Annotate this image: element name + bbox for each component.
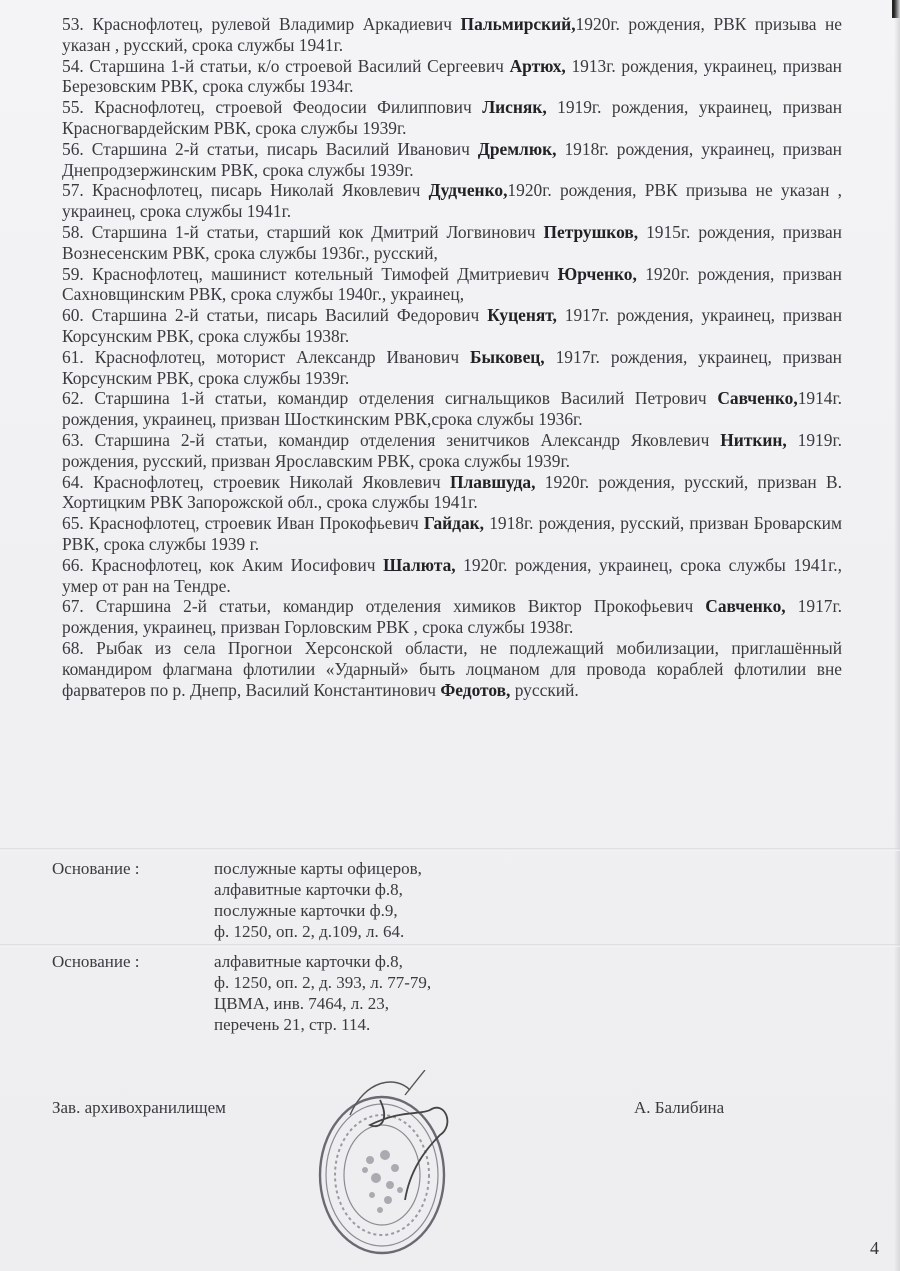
list-item: 64. Краснофлотец, строевик Николай Яковл… bbox=[62, 472, 842, 514]
document-page: 53. Краснофлотец, рулевой Владимир Аркад… bbox=[0, 0, 900, 1271]
list-item: 60. Старшина 2-й статьи, писарь Василий … bbox=[62, 305, 842, 347]
basis-line: ЦВМА, инв. 7464, л. 23, bbox=[214, 993, 614, 1014]
basis-line: ф. 1250, оп. 2, д.109, л. 64. bbox=[214, 921, 614, 942]
basis-sources: послужные карты офицеров, алфавитные кар… bbox=[214, 858, 614, 942]
basis-line: алфавитные карточки ф.8, bbox=[214, 951, 614, 972]
round-official-seal-icon bbox=[310, 1070, 460, 1260]
basis-sources: алфавитные карточки ф.8, ф. 1250, оп. 2,… bbox=[214, 951, 614, 1035]
list-item: 66. Краснофлотец, кок Аким Иосифович Шал… bbox=[62, 555, 842, 597]
list-item: 63. Старшина 2-й статьи, командир отделе… bbox=[62, 430, 842, 472]
list-item: 68. Рыбак из села Прогнои Херсонской обл… bbox=[62, 638, 842, 700]
basis-line: ф. 1250, оп. 2, д. 393, л. 77-79, bbox=[214, 972, 614, 993]
list-item: 65. Краснофлотец, строевик Иван Прокофье… bbox=[62, 513, 842, 555]
list-item: 61. Краснофлотец, моторист Александр Ива… bbox=[62, 347, 842, 389]
list-item: 54. Старшина 1-й статьи, к/о строевой Ва… bbox=[62, 56, 842, 98]
signatory-name: А. Балибина bbox=[634, 1098, 724, 1118]
fold-line bbox=[0, 848, 900, 851]
basis-label: Основание : bbox=[52, 858, 202, 879]
list-item: 58. Старшина 1-й статьи, старший кок Дми… bbox=[62, 222, 842, 264]
list-item: 55. Краснофлотец, строевой Феодосии Фили… bbox=[62, 97, 842, 139]
basis-label: Основание : bbox=[52, 951, 202, 972]
basis-line: послужные карточки ф.9, bbox=[214, 900, 614, 921]
list-item: 59. Краснофлотец, машинист котельный Тим… bbox=[62, 264, 842, 306]
list-item: 57. Краснофлотец, писарь Николай Яковлев… bbox=[62, 180, 842, 222]
personnel-list: 53. Краснофлотец, рулевой Владимир Аркад… bbox=[62, 14, 842, 700]
list-item: 53. Краснофлотец, рулевой Владимир Аркад… bbox=[62, 14, 842, 56]
basis-line: перечень 21, стр. 114. bbox=[214, 1014, 614, 1035]
list-item: 62. Старшина 1-й статьи, командир отделе… bbox=[62, 388, 842, 430]
basis-line: послужные карты офицеров, bbox=[214, 858, 614, 879]
page-number: 4 bbox=[870, 1238, 879, 1259]
list-item: 67. Старшина 2-й статьи, командир отделе… bbox=[62, 596, 842, 638]
fold-line bbox=[0, 944, 900, 947]
basis-line: алфавитные карточки ф.8, bbox=[214, 879, 614, 900]
signatory-position: Зав. архивохранилищем bbox=[52, 1098, 226, 1118]
page-edge bbox=[894, 0, 900, 1271]
list-item: 56. Старшина 2-й статьи, писарь Василий … bbox=[62, 139, 842, 181]
